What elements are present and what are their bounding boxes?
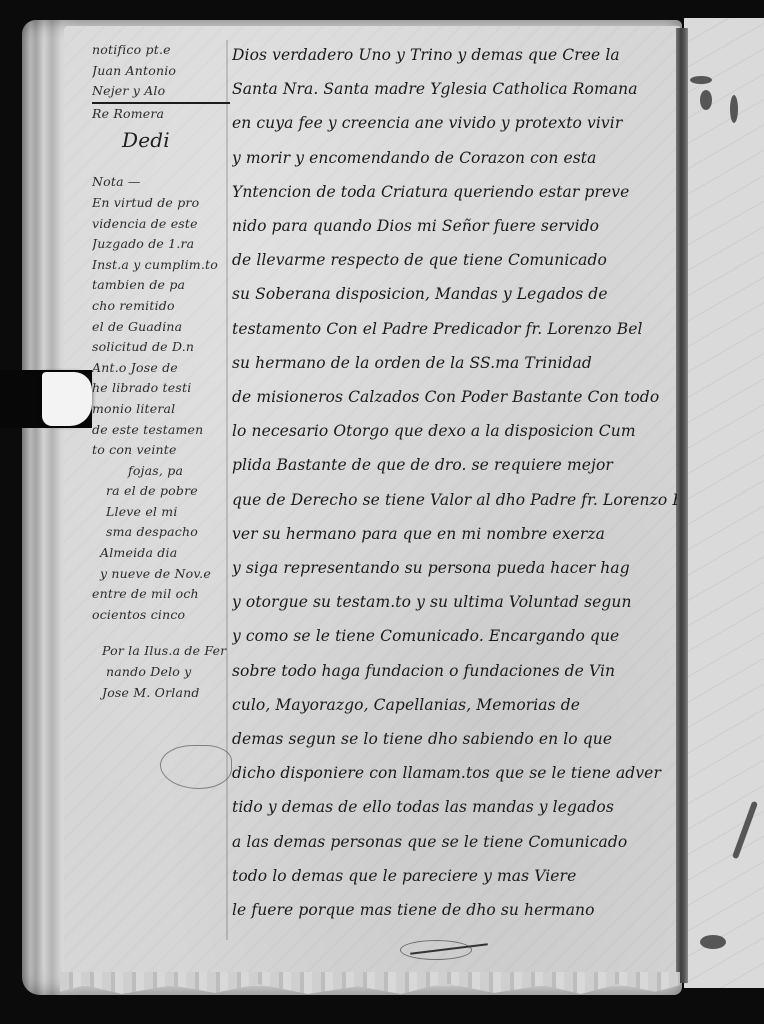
body-line: y siga representando su persona pueda ha… [232,551,677,585]
body-line: testamento Con el Padre Predicador fr. L… [232,312,677,346]
margin-note-line: ocientos cinco [92,605,230,626]
margin-rubric: Dedi [92,124,230,156]
body-line: de llevarme respecto de que tiene Comuni… [232,243,677,277]
margin-header-line: Juan Antonio [92,61,230,82]
body-line: tido y demas de ello todas las mandas y … [232,790,677,824]
body-line: nido para quando Dios mi Señor fuere ser… [232,209,677,243]
margin-header-line: Nejer y Alo [92,81,230,104]
body-line: plida Bastante de que de dro. se requier… [232,448,677,482]
margin-note-line: videncia de este [92,214,230,235]
margin-header-line: Re Romera [92,104,230,125]
margin-note-line: Juzgado de 1.ra [92,234,230,255]
margin-note-line: Lleve el mi [92,502,230,523]
margin-note-line: he librado testi [92,378,230,399]
ink-blot [690,76,712,84]
margin-note-line: sma despacho [92,522,230,543]
body-line: sobre todo haga fundacion o fundaciones … [232,654,677,688]
body-line: en cuya fee y creencia ane vivido y prot… [232,106,677,140]
body-line: Santa Nra. Santa madre Yglesia Catholica… [232,72,677,106]
body-line: su hermano de la orden de la SS.ma Trini… [232,346,677,380]
margin-note-line: y nueve de Nov.e [92,564,230,585]
body-line: y morir y encomendando de Corazon con es… [232,141,677,175]
body-line: a las demas personas que se le tiene Com… [232,825,677,859]
body-line: lo necesario Otorgo que dexo a la dispos… [232,414,677,448]
margin-note-line: Ant.o Jose de [92,358,230,379]
body-line: y otorgue su testam.to y su ultima Volun… [232,585,677,619]
ink-blot [700,935,726,949]
facing-page [684,18,764,988]
body-line: su Soberana disposicion, Mandas y Legado… [232,277,677,311]
margin-note-line: to con veinte [92,440,230,461]
margin-note-line: Inst.a y cumplim.to [92,255,230,276]
manuscript-body: Dios verdadero Uno y Trino y demas que C… [232,38,677,927]
body-line: de misioneros Calzados Con Poder Bastant… [232,380,677,414]
body-line: Dios verdadero Uno y Trino y demas que C… [232,38,677,72]
margin-note-line: el de Guadina [92,317,230,338]
margin-signature-line: nando Delo y [92,662,230,683]
margin-note-line: ra el de pobre [92,481,230,502]
margin-note-line: monio literal [92,399,230,420]
body-line: culo, Mayorazgo, Capellanias, Memorias d… [232,688,677,722]
body-line: demas segun se lo tiene dho sabiendo en … [232,722,677,756]
binding-gutter [676,28,688,983]
margin-note-line: entre de mil och [92,584,230,605]
margin-note-line: cho remitido [92,296,230,317]
ink-blot [700,90,712,110]
margin-note-line: fojas, pa [92,461,230,482]
ink-blot [730,95,738,123]
margin-note-line: Almeida dia [92,543,230,564]
page-clip-tab [42,372,92,426]
body-line: que de Derecho se tiene Valor al dho Pad… [232,483,677,517]
body-line: le fuere porque mas tiene de dho su herm… [232,893,677,927]
body-line: dicho disponiere con llamam.tos que se l… [232,756,677,790]
body-line: Yntencion de toda Criatura queriendo est… [232,175,677,209]
margin-signature-line: Jose M. Orland [92,683,230,704]
margin-note-title: Nota — [92,172,230,193]
body-line: y como se le tiene Comunicado. Encargand… [232,619,677,653]
margin-note-line: En virtud de pro [92,193,230,214]
manuscript-scan: notifico pt.e Juan Antonio Nejer y Alo R… [0,0,764,1024]
body-line: todo lo demas que le pareciere y mas Vie… [232,859,677,893]
margin-note-line: de este testamen [92,420,230,441]
margin-note-line: tambien de pa [92,275,230,296]
margin-note-line: solicitud de D.n [92,337,230,358]
margin-header-line: notifico pt.e [92,40,230,61]
margin-notes: notifico pt.e Juan Antonio Nejer y Alo R… [92,40,230,703]
body-line: ver su hermano para que en mi nombre exe… [232,517,677,551]
margin-signature-line: Por la Ilus.a de Fer [92,641,230,662]
